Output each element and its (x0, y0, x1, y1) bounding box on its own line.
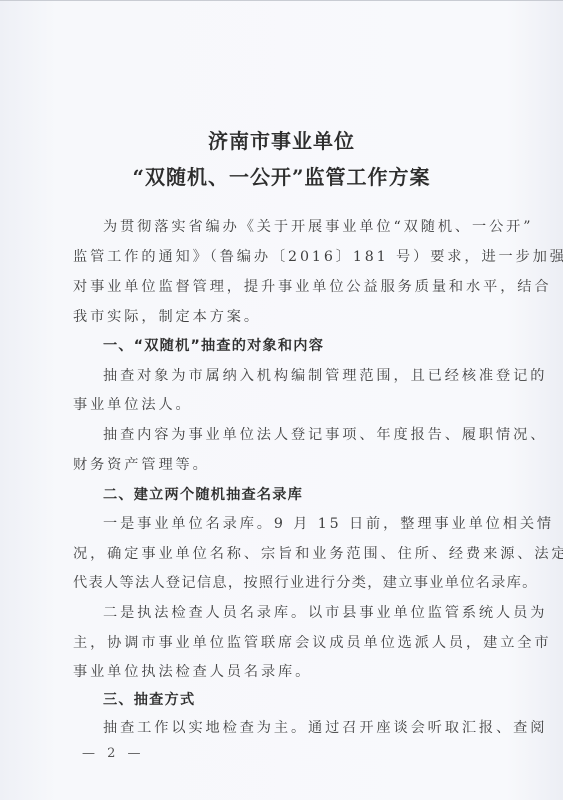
page-number: — 2 — (82, 746, 145, 761)
document-title-line1: 济南市事业单位 (0, 125, 563, 154)
paragraph-line: 抽查对象为市属纳入机构编制管理范围，且已经核准登记的 (103, 365, 523, 385)
paragraph-line: 代表人等法人登记信息，按照行业进行分类，建立事业单位名录库。 (73, 572, 493, 592)
paragraph-line: 抽查工作以实地检查为主。通过召开座谈会听取汇报、查阅 (103, 717, 523, 737)
paragraph-line: 主，协调市事业单位监管联席会议成员单位选派人员，建立全市 (73, 632, 493, 652)
document-page: 济南市事业单位 “双随机、一公开”监管工作方案 为贯彻落实省编办《关于开展事业单… (0, 0, 563, 800)
paragraph-line: 财务资产管理等。 (73, 454, 493, 474)
paragraph-line: 抽查内容为事业单位法人登记事项、年度报告、履职情况、 (103, 424, 523, 444)
paragraph-line: 二是执法检查人员名录库。以市县事业单位监管系统人员为 (103, 602, 523, 622)
intro-line: 我市实际，制定本方案。 (73, 306, 493, 326)
intro-line: 对事业单位监督管理，提升事业单位公益服务质量和水平，结合 (73, 276, 493, 296)
section-heading-3: 三、抽查方式 (103, 689, 195, 709)
paragraph-line: 事业单位执法检查人员名录库。 (73, 661, 493, 681)
section-heading-2: 二、建立两个随机抽查名录库 (103, 484, 303, 504)
document-title-line2: “双随机、一公开”监管工作方案 (0, 161, 563, 190)
paragraph-line: 一是事业单位名录库。9 月 15 日前，整理事业单位相关情 (103, 513, 523, 533)
intro-line: 为贯彻落实省编办《关于开展事业单位“双随机、一公开” (103, 216, 523, 236)
paragraph-line: 况，确定事业单位名称、宗旨和业务范围、住所、经费来源、法定 (73, 543, 493, 563)
paragraph-line: 事业单位法人。 (73, 394, 493, 414)
intro-line: 监管工作的通知》（鲁编办〔2016〕181 号）要求，进一步加强 (73, 246, 493, 266)
section-heading-1: 一、“双随机”抽查的对象和内容 (103, 335, 324, 355)
